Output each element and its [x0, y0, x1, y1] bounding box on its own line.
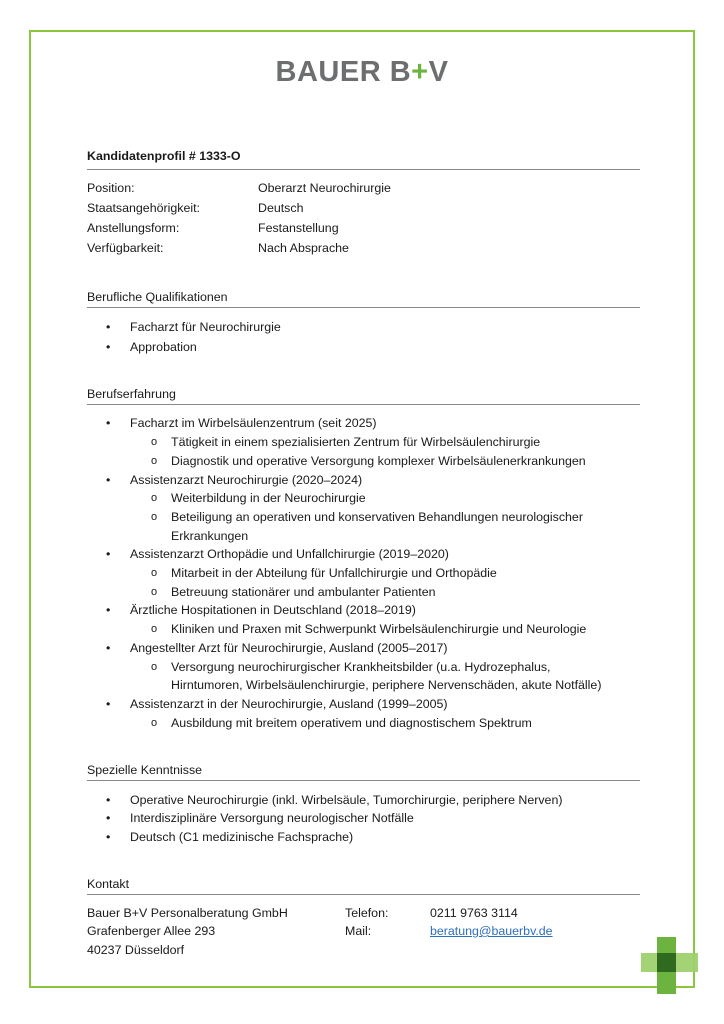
detail-text: Betreuung stationärer und ambulanter Pat… — [171, 585, 436, 599]
mail-label: Mail: — [345, 924, 371, 938]
divider — [87, 307, 640, 308]
phone-label: Telefon: — [345, 906, 388, 920]
divider — [87, 780, 640, 781]
experience-detail: oWeiterbildung in der Neurochirurgie — [171, 491, 366, 505]
bullet-icon: • — [106, 830, 110, 844]
experience-title: Angestellter Arzt für Neurochirurgie, Au… — [130, 641, 448, 655]
detail-text: Mitarbeit in der Abteilung für Unfallchi… — [171, 566, 497, 580]
experience-item: •Assistenzarzt in der Neurochirurgie, Au… — [130, 697, 448, 711]
list-item-text: Deutsch (C1 medizinische Fachsprache) — [130, 830, 353, 844]
circle-bullet-icon: o — [151, 436, 157, 448]
experience-title: Assistenzarzt Orthopädie und Unfallchiru… — [130, 547, 449, 561]
detail-text: Beteiligung an operativen und konservati… — [171, 510, 583, 524]
detail-text: Tätigkeit in einem spezialisierten Zentr… — [171, 435, 540, 449]
section-heading-contact: Kontakt — [87, 877, 129, 891]
list-item: •Facharzt für Neurochirurgie — [130, 320, 281, 334]
experience-detail: oDiagnostik und operative Versorgung kom… — [171, 454, 586, 468]
field-label: Verfügbarkeit: — [87, 241, 163, 255]
experience-detail: oVersorgung neurochirurgischer Krankheit… — [171, 660, 551, 674]
list-item: •Interdisziplinäre Versorgung neurologis… — [130, 811, 414, 825]
bullet-icon: • — [106, 473, 110, 487]
circle-bullet-icon: o — [151, 586, 157, 598]
circle-bullet-icon: o — [151, 455, 157, 467]
experience-title: Assistenzarzt Neurochirurgie (2020–2024) — [130, 473, 362, 487]
detail-text: Erkrankungen — [171, 529, 248, 543]
list-item-text: Approbation — [130, 340, 197, 354]
circle-bullet-icon: o — [151, 492, 157, 504]
circle-bullet-icon: o — [151, 511, 157, 523]
field-value: Oberarzt Neurochirurgie — [258, 181, 391, 195]
detail-text: Diagnostik und operative Versorgung komp… — [171, 454, 586, 468]
list-item: •Operative Neurochirurgie (inkl. Wirbels… — [130, 793, 562, 807]
email-link[interactable]: beratung@bauerbv.de — [430, 924, 553, 938]
bullet-icon: • — [106, 320, 110, 334]
profile-title: Kandidatenprofil # 1333-O — [87, 149, 241, 163]
detail-text: Kliniken und Praxen mit Schwerpunkt Wirb… — [171, 622, 586, 636]
list-item: •Approbation — [130, 340, 197, 354]
contact-city: 40237 Düsseldorf — [87, 943, 184, 957]
contact-company: Bauer B+V Personalberatung GmbH — [87, 906, 288, 920]
experience-detail: oKliniken und Praxen mit Schwerpunkt Wir… — [171, 622, 586, 636]
experience-item: •Assistenzarzt Orthopädie und Unfallchir… — [130, 547, 449, 561]
experience-detail: oBeteiligung an operativen und konservat… — [171, 510, 583, 524]
circle-bullet-icon: o — [151, 567, 157, 579]
list-item: •Deutsch (C1 medizinische Fachsprache) — [130, 830, 353, 844]
experience-detail-continued: Erkrankungen — [171, 529, 248, 543]
detail-text: Versorgung neurochirurgischer Krankheits… — [171, 660, 551, 674]
list-item-text: Facharzt für Neurochirurgie — [130, 320, 281, 334]
field-label: Staatsangehörigkeit: — [87, 201, 200, 215]
field-value: Festanstellung — [258, 221, 339, 235]
logo-plus-icon: + — [411, 56, 428, 88]
list-item-text: Operative Neurochirurgie (inkl. Wirbelsä… — [130, 793, 562, 807]
divider — [87, 894, 640, 895]
field-value: Nach Absprache — [258, 241, 349, 255]
experience-detail: oMitarbeit in der Abteilung für Unfallch… — [171, 566, 497, 580]
list-item-text: Interdisziplinäre Versorgung neurologisc… — [130, 811, 414, 825]
field-value: Deutsch — [258, 201, 303, 215]
detail-text: Ausbildung mit breitem operativem und di… — [171, 716, 532, 730]
logo-text-v: V — [429, 56, 449, 88]
experience-item: •Ärztliche Hospitationen in Deutschland … — [130, 603, 416, 617]
bullet-icon: • — [106, 603, 110, 617]
bullet-icon: • — [106, 641, 110, 655]
company-logo: BAUER B+V — [0, 56, 724, 89]
experience-title: Ärztliche Hospitationen in Deutschland (… — [130, 603, 416, 617]
contact-street: Grafenberger Allee 293 — [87, 924, 215, 938]
circle-bullet-icon: o — [151, 623, 157, 635]
experience-item: •Facharzt im Wirbelsäulenzentrum (seit 2… — [130, 416, 377, 430]
divider — [87, 404, 640, 405]
bullet-icon: • — [106, 697, 110, 711]
experience-detail: oTätigkeit in einem spezialisierten Zent… — [171, 435, 540, 449]
section-heading-skills: Spezielle Kenntnisse — [87, 763, 202, 777]
bullet-icon: • — [106, 547, 110, 561]
logo-text: BAUER B — [276, 56, 412, 88]
bullet-icon: • — [106, 340, 110, 354]
bullet-icon: • — [106, 811, 110, 825]
circle-bullet-icon: o — [151, 661, 157, 673]
field-label: Position: — [87, 181, 135, 195]
bullet-icon: • — [106, 416, 110, 430]
page-border — [29, 30, 695, 988]
experience-detail-continued: Hirntumoren, Wirbelsäulenchirurgie, peri… — [171, 678, 601, 692]
phone-number: 0211 9763 3114 — [430, 906, 518, 920]
detail-text: Hirntumoren, Wirbelsäulenchirurgie, peri… — [171, 678, 601, 692]
section-heading-experience: Berufserfahrung — [87, 387, 176, 401]
circle-bullet-icon: o — [151, 717, 157, 729]
section-heading-qualifications: Berufliche Qualifikationen — [87, 290, 228, 304]
bullet-icon: • — [106, 793, 110, 807]
experience-item: •Assistenzarzt Neurochirurgie (2020–2024… — [130, 473, 362, 487]
experience-detail: oBetreuung stationärer und ambulanter Pa… — [171, 585, 436, 599]
experience-title: Facharzt im Wirbelsäulenzentrum (seit 20… — [130, 416, 377, 430]
field-label: Anstellungsform: — [87, 221, 179, 235]
experience-title: Assistenzarzt in der Neurochirurgie, Aus… — [130, 697, 448, 711]
experience-item: •Angestellter Arzt für Neurochirurgie, A… — [130, 641, 448, 655]
detail-text: Weiterbildung in der Neurochirurgie — [171, 491, 366, 505]
divider — [87, 169, 640, 170]
experience-detail: oAusbildung mit breitem operativem und d… — [171, 716, 532, 730]
